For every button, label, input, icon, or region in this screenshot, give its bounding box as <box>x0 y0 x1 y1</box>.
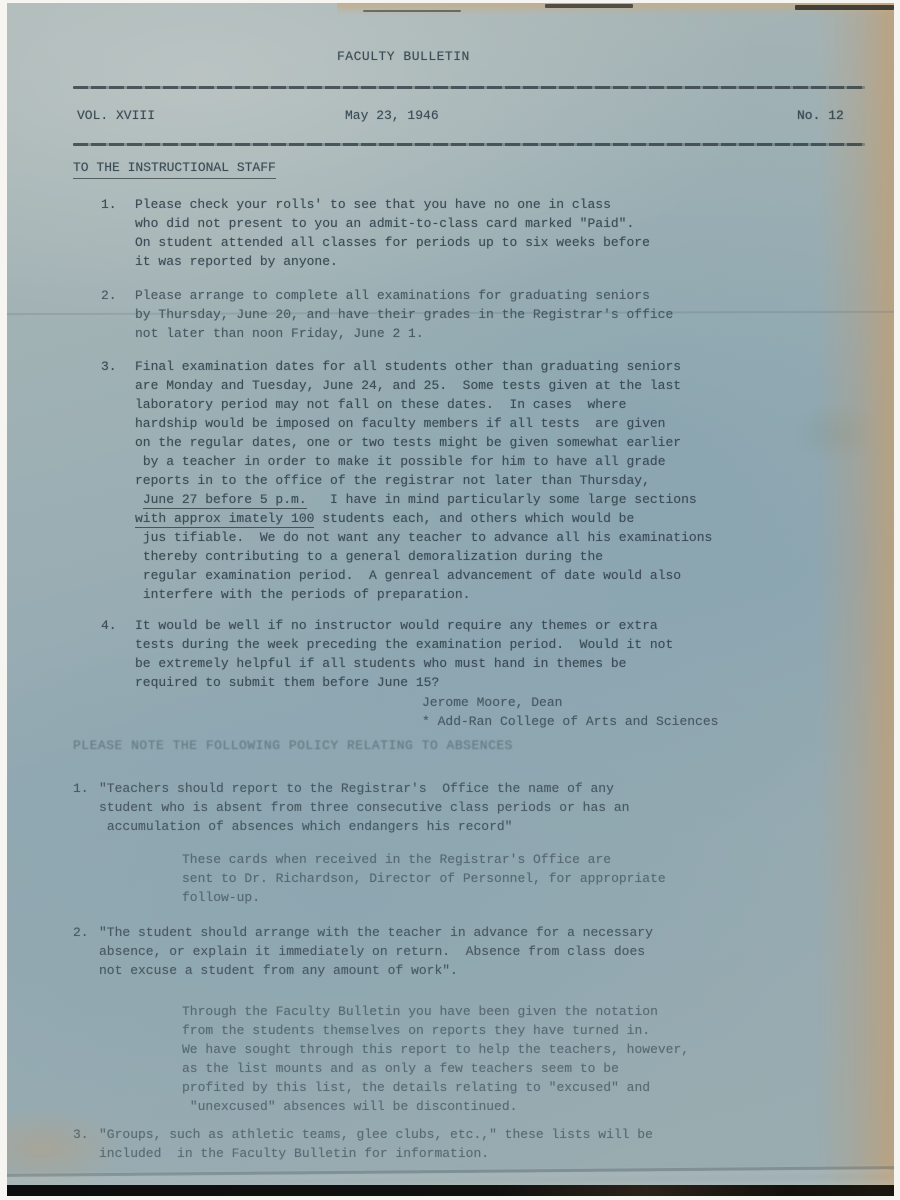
item-number: 2. <box>73 923 99 942</box>
volume-label: VOL. XVIII <box>77 106 155 125</box>
policy-item: 1. "Teachers should report to the Regist… <box>73 779 879 907</box>
underlined-phrase: June 27 before 5 p.m. <box>143 492 307 509</box>
signature-block: Jerome Moore, Dean * Add-Ran College of … <box>422 693 879 731</box>
item-number: 3. <box>73 1125 99 1144</box>
scan-edge-shadow <box>7 1185 894 1196</box>
header-divider-bottom <box>73 143 865 146</box>
policy-item: 2. "The student should arrange with the … <box>73 923 879 1116</box>
policy-note: These cards when received in the Registr… <box>182 850 879 907</box>
list-item: 1. Please check your rolls' to see that … <box>73 195 879 271</box>
signatory-name: Jerome Moore, Dean <box>422 693 879 712</box>
item-number: 1. <box>73 779 99 798</box>
list-item: 2. Please arrange to complete all examin… <box>73 286 879 343</box>
list-item: 4. It would be well if no instructor wou… <box>73 616 879 692</box>
scanned-bulletin-page: FACULTY BULLETIN VOL. XVIII May 23, 1946… <box>7 3 894 1196</box>
page-title: FACULTY BULLETIN <box>337 47 470 66</box>
policy-note: Through the Faculty Bulletin you have be… <box>182 1002 879 1116</box>
item-text: Please check your rolls' to see that you… <box>135 195 650 271</box>
policy-quote: "Teachers should report to the Registrar… <box>99 779 630 836</box>
policy-section-heading: PLEASE NOTE THE FOLLOWING POLICY RELATIN… <box>73 736 879 755</box>
policy-quote-row: 1. "Teachers should report to the Regist… <box>73 779 879 836</box>
scan-artifact-mark <box>545 4 633 8</box>
item-number: 2. <box>101 286 135 305</box>
salutation-heading: TO THE INSTRUCTIONAL STAFF <box>73 158 276 179</box>
scan-artifact-mark <box>795 5 894 10</box>
issue-date: May 23, 1946 <box>345 106 439 125</box>
masthead: VOL. XVIII May 23, 1946 No. 12 <box>73 106 865 126</box>
item-text-segment: I have in mind particularly some large s… <box>307 492 697 507</box>
item-number: 3. <box>101 357 135 376</box>
item-number: 1. <box>101 195 135 214</box>
scan-artifact-mark <box>363 10 461 12</box>
item-text: It would be well if no instructor would … <box>135 616 673 692</box>
header-divider-top <box>73 86 865 89</box>
issue-number: No. 12 <box>797 106 844 125</box>
item-text-segment: Final examination dates for all students… <box>135 359 681 507</box>
policy-quote-row: 3. "Groups, such as athletic teams, glee… <box>73 1125 879 1163</box>
bulletin-body: 1. Please check your rolls' to see that … <box>73 195 879 1163</box>
item-text: Final examination dates for all students… <box>135 357 712 604</box>
signatory-org: * Add-Ran College of Arts and Sciences <box>422 712 879 731</box>
policy-quote-row: 2. "The student should arrange with the … <box>73 923 879 980</box>
item-text: Please arrange to complete all examinati… <box>135 286 673 343</box>
policy-item: 3. "Groups, such as athletic teams, glee… <box>73 1125 879 1163</box>
policy-list: 1. "Teachers should report to the Regist… <box>73 779 879 1163</box>
policy-quote: "Groups, such as athletic teams, glee cl… <box>99 1125 653 1163</box>
list-item: 3. Final examination dates for all stude… <box>73 357 879 604</box>
item-number: 4. <box>101 616 135 635</box>
underlined-phrase: with approx imately 100 <box>135 511 314 528</box>
staff-instruction-list: 1. Please check your rolls' to see that … <box>73 195 879 692</box>
policy-quote: "The student should arrange with the tea… <box>99 923 653 980</box>
bottom-fold-highlight <box>7 1172 894 1185</box>
